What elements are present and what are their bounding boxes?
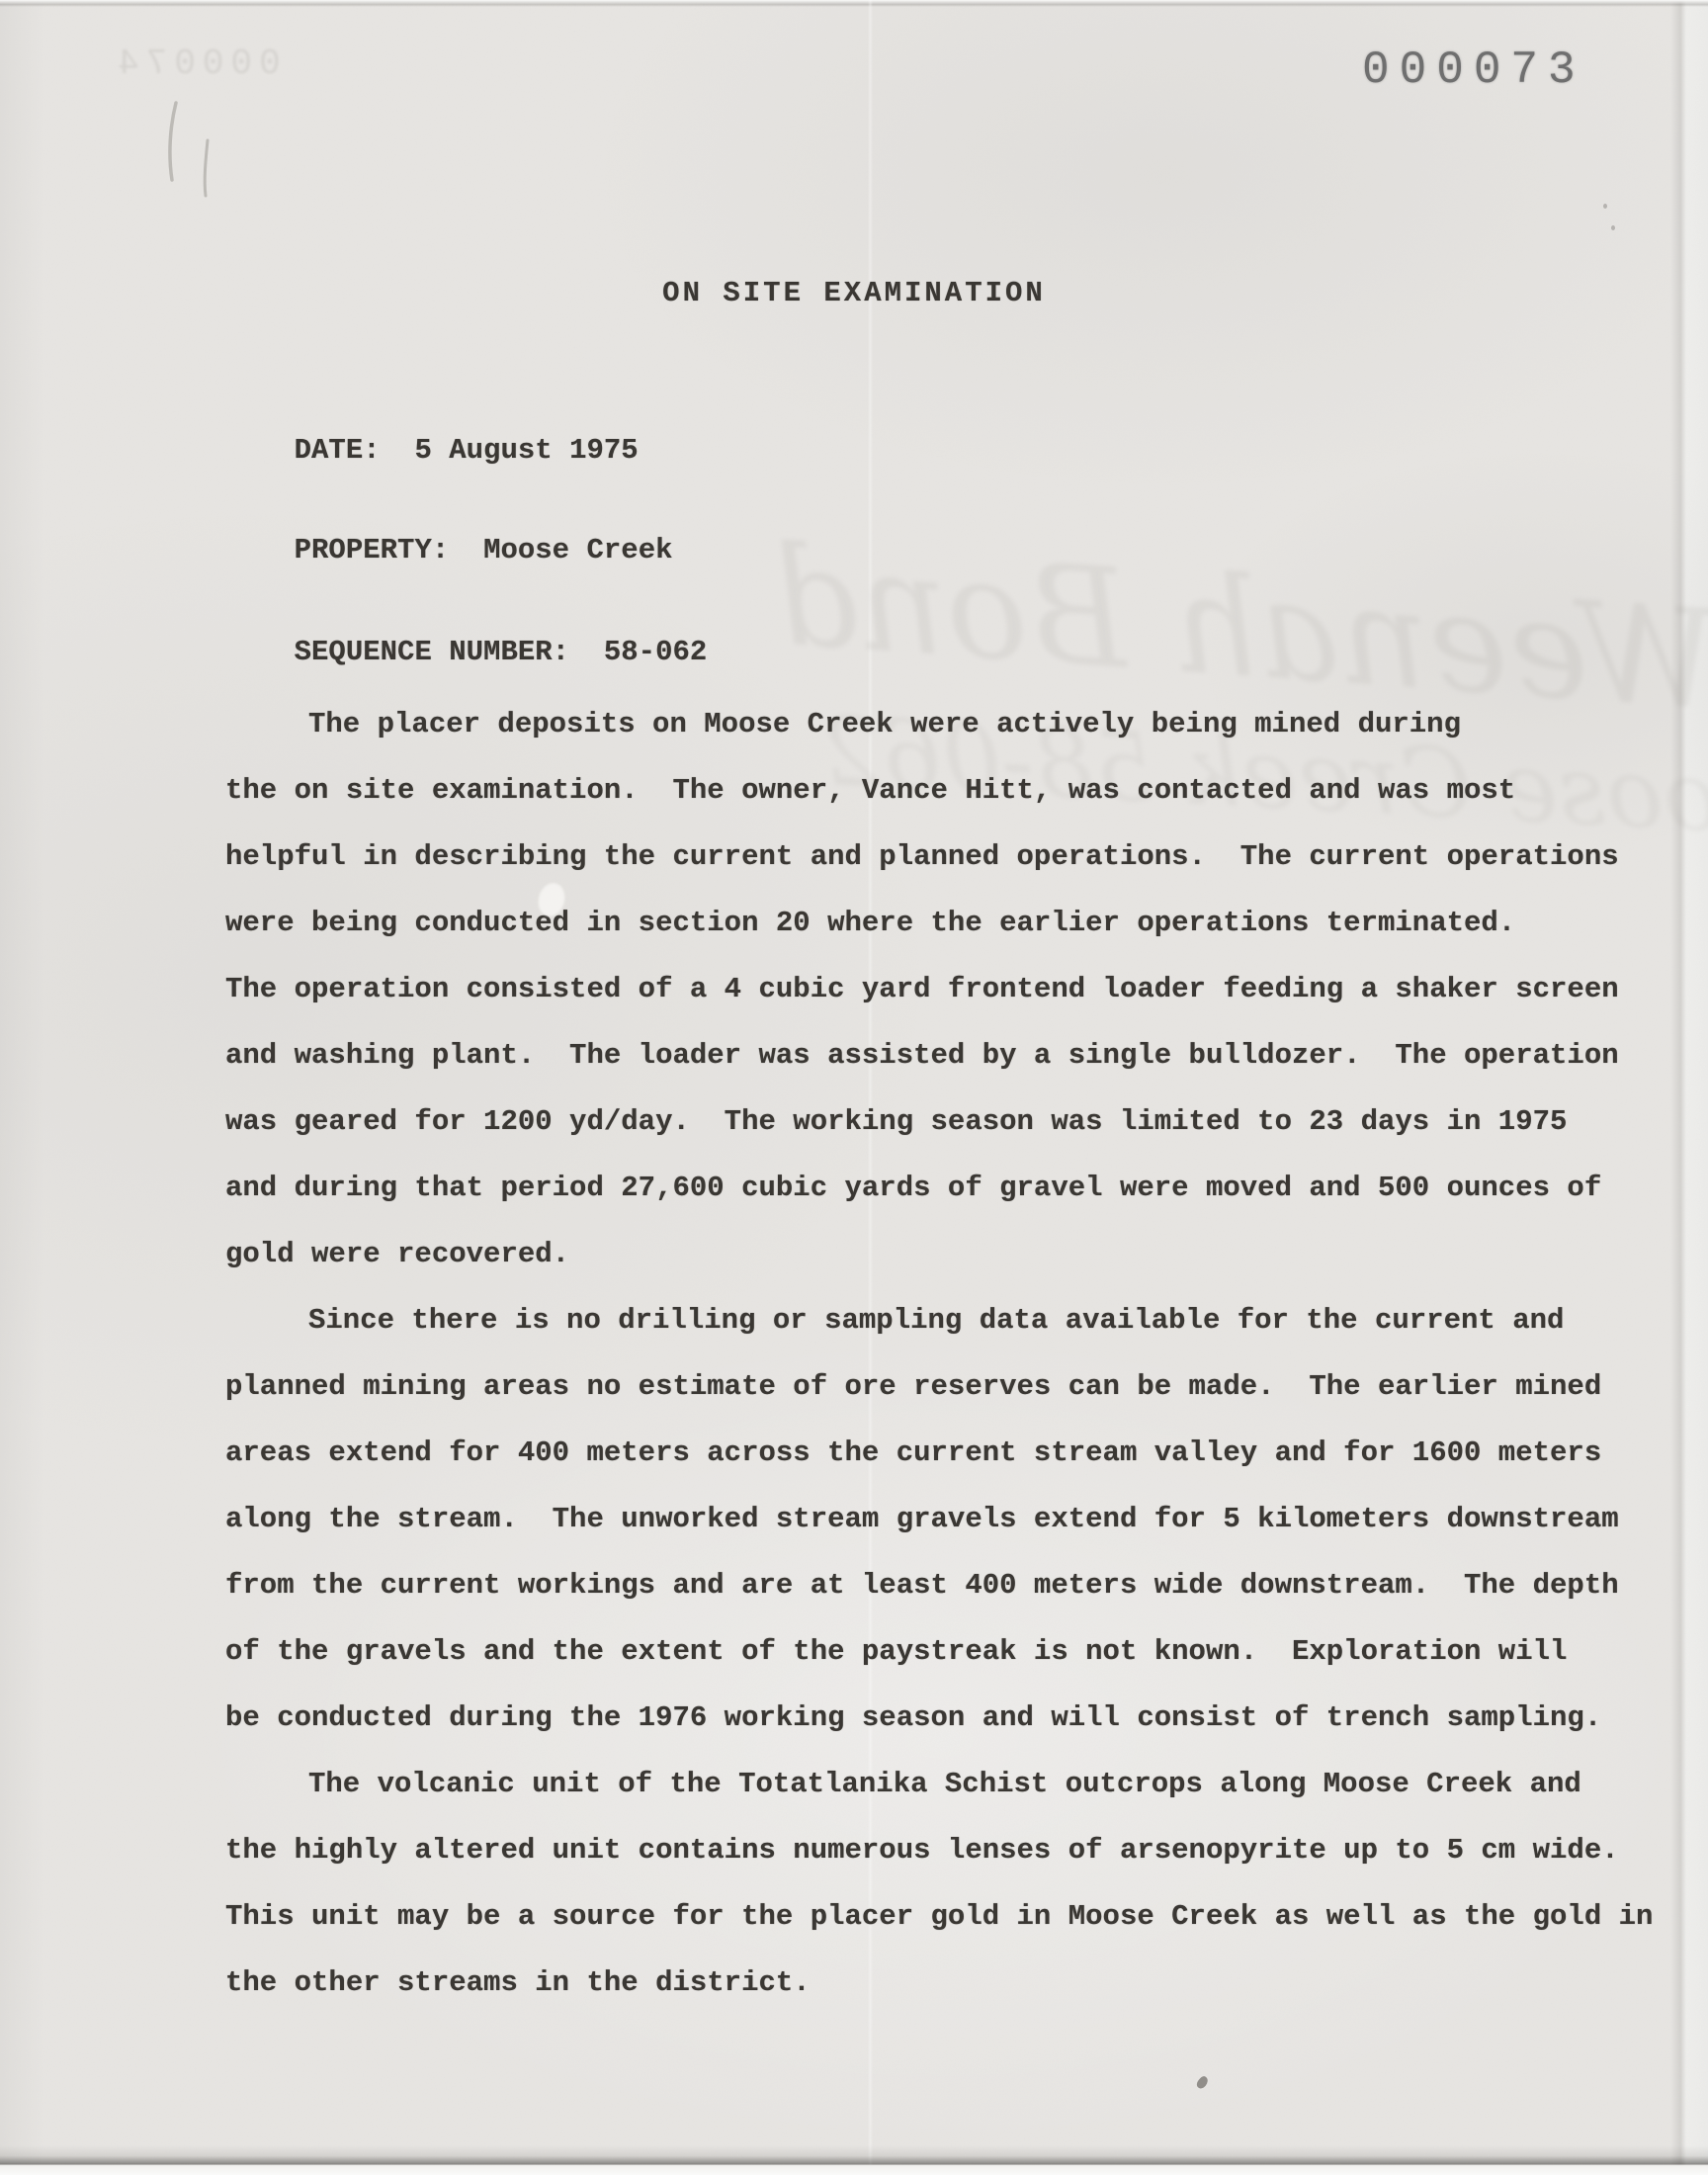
ink-speck [1611,225,1615,230]
body-line: Since there is no drilling or sampling d… [225,1287,1668,1353]
field-property-label: PROPERTY: [295,534,450,566]
field-sequence-label: SEQUENCE NUMBER: [295,636,569,668]
body-line: the highly altered unit contains numerou… [225,1817,1668,1883]
body-line: areas extend for 400 meters across the c… [225,1420,1668,1486]
body-line: be conducted during the 1976 working sea… [225,1685,1668,1751]
body-line: the on site examination. The owner, Vanc… [225,757,1668,824]
ink-speck [1603,204,1607,209]
body-line: The volcanic unit of the Totatlanika Sch… [225,1751,1668,1817]
pen-mark [146,97,235,206]
field-property-value: Moose Creek [483,534,672,566]
page-number-stamp: 000073 [1362,47,1585,93]
scanned-document-page: 000074 Weenah Bond Moose Creek 58-062 00… [0,0,1708,2175]
field-sequence-value: 58-062 [604,636,707,668]
body-line: was geared for 1200 yd/day. The working … [225,1088,1668,1155]
field-date: DATE:5 August 1975 [225,401,639,500]
field-property: PROPERTY:Moose Creek [225,501,673,600]
paper-top-edge [0,0,1708,7]
body-line: were being conducted in section 20 where… [225,890,1668,956]
document-body: The placer deposits on Moose Creek were … [225,691,1668,2016]
body-line: gold were recovered. [225,1221,1668,1287]
body-line: helpful in describing the current and pl… [225,824,1668,890]
field-sequence: SEQUENCE NUMBER:58-062 [225,603,707,702]
field-date-label: DATE: [295,434,381,467]
body-line: This unit may be a source for the placer… [225,1883,1668,1950]
body-line: The placer deposits on Moose Creek were … [225,691,1668,757]
body-line: and during that period 27,600 cubic yard… [225,1155,1668,1221]
body-line: from the current workings and are at lea… [225,1552,1668,1618]
paper-bottom-edge [0,2145,1708,2175]
body-line: the other streams in the district. [225,1950,1668,2016]
ink-speck [1195,2075,1210,2091]
bleedthrough-stamp: 000074 [111,43,281,84]
document-title: ON SITE EXAMINATION [0,278,1708,309]
field-date-value: 5 August 1975 [414,434,638,467]
body-line: and washing plant. The loader was assist… [225,1022,1668,1088]
body-line: of the gravels and the extent of the pay… [225,1618,1668,1685]
body-line: planned mining areas no estimate of ore … [225,1353,1668,1420]
body-line: The operation consisted of a 4 cubic yar… [225,956,1668,1022]
body-line: along the stream. The unworked stream gr… [225,1486,1668,1552]
